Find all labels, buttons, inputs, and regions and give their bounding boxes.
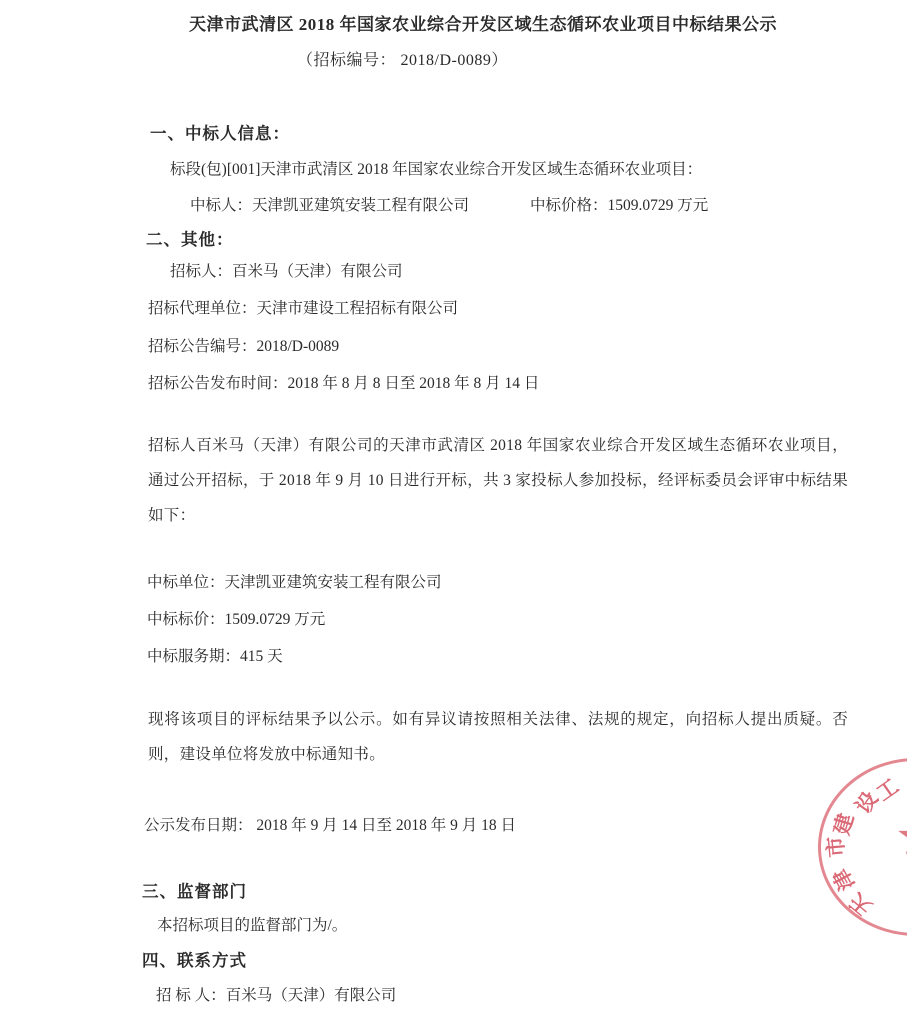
section1-heading: 一、中标人信息：	[150, 120, 290, 144]
lot-line: 标段(包)[001]天津市武清区 2018 年国家农业综合开发区域生态循环农业项…	[170, 157, 702, 179]
section2-heading: 二、其他：	[146, 226, 234, 250]
objection-paragraph: 现将该项目的评标结果予以公示。如有异议请按照相关法律、法规的规定，向招标人提出质…	[148, 702, 848, 772]
award-period-line: 中标服务期：415 天	[147, 644, 283, 666]
seal-star-icon: ★	[895, 812, 907, 864]
notice-period-line: 招标公告发布时间：2018 年 8 月 8 日至 2018 年 8 月 14 日	[148, 371, 539, 393]
agency-line: 招标代理单位：天津市建设工程招标有限公司	[148, 296, 458, 318]
award-price-line: 中标标价：1509.0729 万元	[147, 607, 325, 629]
document-title: 天津市武清区 2018 年国家农业综合开发区域生态循环农业项目中标结果公示	[150, 10, 816, 35]
publish-date-line: 公示发布日期： 2018 年 9 月 14 日至 2018 年 9 月 18 日	[144, 813, 516, 835]
contact-tenderer-line: 招 标 人：百米马（天津）有限公司	[156, 983, 396, 1005]
tenderer-line: 招标人：百米马（天津）有限公司	[170, 259, 403, 281]
document-page: 天津市武清区 2018 年国家农业综合开发区域生态循环农业项目中标结果公示 （招…	[0, 0, 907, 1027]
section3-heading: 三、监督部门	[142, 878, 247, 902]
section4-heading: 四、联系方式	[142, 947, 247, 971]
seal-character: 市	[819, 835, 851, 859]
supervision-line: 本招标项目的监督部门为/。	[157, 913, 347, 935]
award-unit-line: 中标单位：天津凯亚建筑安装工程有限公司	[147, 570, 442, 592]
opening-paragraph: 招标人百米马（天津）有限公司的天津市武清区 2018 年国家农业综合开发区域生态…	[148, 428, 848, 533]
winner-line: 中标人：天津凯亚建筑安装工程有限公司	[190, 193, 469, 215]
notice-number-line: 招标公告编号：2018/D-0089	[148, 334, 339, 356]
winner-price-line: 中标价格：1509.0729 万元	[530, 193, 708, 215]
tender-number-subtitle: （招标编号： 2018/D-0089）	[297, 47, 508, 70]
